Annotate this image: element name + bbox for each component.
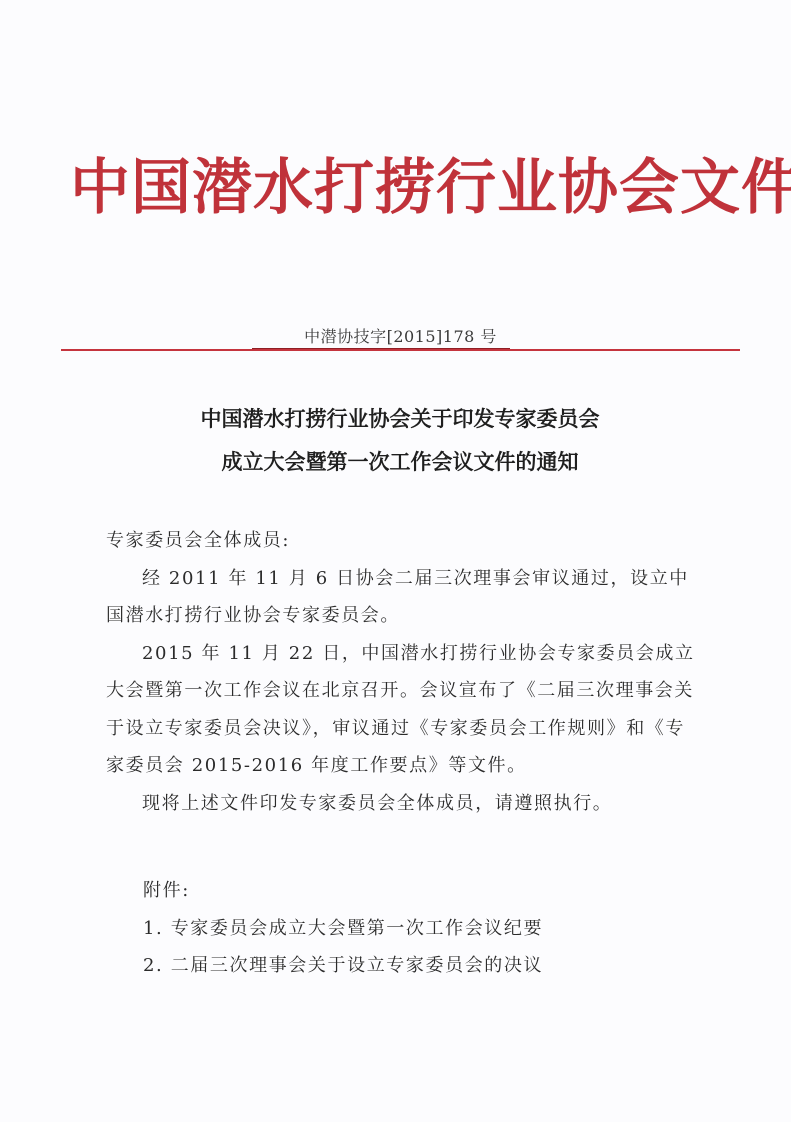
red-divider-rule <box>61 349 740 351</box>
attachments-label: 附件: <box>143 872 703 910</box>
document-page: 中国潜水打捞行业协会文件 中潜协技字[2015]178 号 中国潜水打捞行业协会… <box>0 0 791 1122</box>
notice-body: 专家委员会全体成员: 经 2011 年 11 月 6 日协会二届三次理事会审议通… <box>106 522 696 822</box>
attachment-item: 2. 二届三次理事会关于设立专家委员会的决议 <box>143 947 703 985</box>
notice-title-line-2: 成立大会暨第一次工作会议文件的通知 <box>100 441 700 484</box>
notice-title: 中国潜水打捞行业协会关于印发专家委员会 成立大会暨第一次工作会议文件的通知 <box>100 398 700 484</box>
notice-title-line-1: 中国潜水打捞行业协会关于印发专家委员会 <box>100 398 700 441</box>
body-paragraph: 经 2011 年 11 月 6 日协会二届三次理事会审议通过，设立中国潜水打捞行… <box>106 560 696 635</box>
attachment-item: 1. 专家委员会成立大会暨第一次工作会议纪要 <box>143 910 703 948</box>
attachments-section: 附件: 1. 专家委员会成立大会暨第一次工作会议纪要 2. 二届三次理事会关于设… <box>143 872 703 985</box>
salutation: 专家委员会全体成员: <box>106 522 696 560</box>
document-masthead: 中国潜水打捞行业协会文件 <box>70 148 730 228</box>
document-number: 中潜协技字[2015]178 号 <box>61 326 740 348</box>
body-paragraph: 现将上述文件印发专家委员会全体成员，请遵照执行。 <box>106 785 696 823</box>
red-divider-rule-center <box>252 348 510 349</box>
document-number-row: 中潜协技字[2015]178 号 <box>61 326 740 356</box>
body-paragraph: 2015 年 11 月 22 日，中国潜水打捞行业协会专家委员会成立大会暨第一次… <box>106 635 696 785</box>
